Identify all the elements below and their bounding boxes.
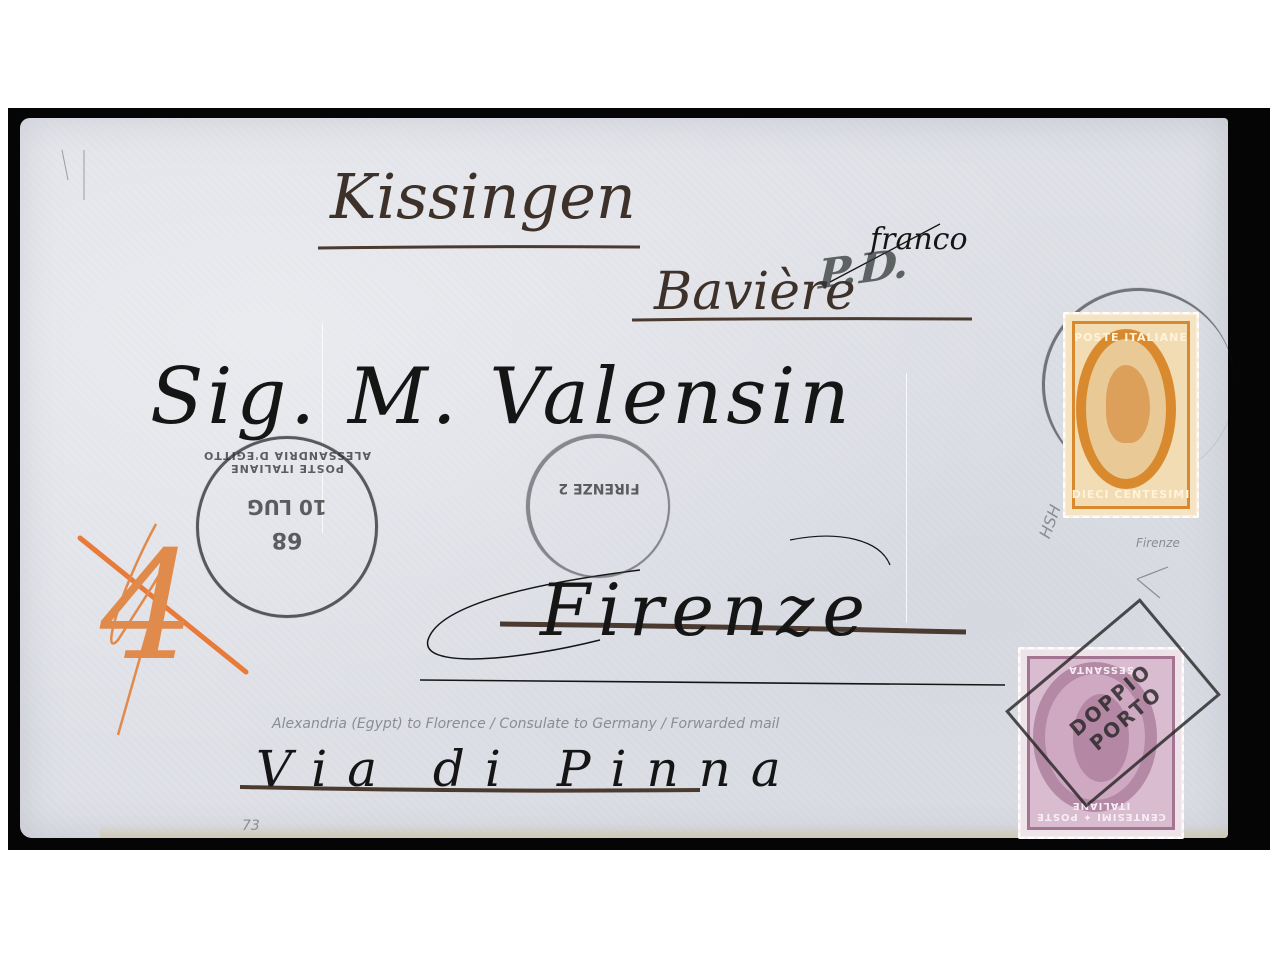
original-city-firenze: Firenze [540,568,873,652]
orange-10c-stamp: POSTE ITALIANE DIECI CENTESIMI [1063,312,1199,518]
crayon-mark: 4 [100,520,195,694]
stamp-legend-bottom: CENTESIMI ✦ POSTE ITALIANE [1021,800,1181,822]
stamp-legend-bottom: DIECI CENTESIMI [1066,488,1196,501]
postmark-date: 10 LUG [199,495,375,519]
transit-postmark: FIRENZE 2 [526,434,670,578]
pencil-firenze-note: Firenze [1136,536,1180,550]
original-street: Via di Pinna [256,740,801,798]
pencil-corner-73: 73 [242,818,260,834]
postmark-year: 68 [199,527,375,552]
destination-kissingen: Kissingen [330,160,636,233]
fold-crease-right [906,373,907,623]
alexandria-postmark: POSTE ITALIANE ALESSANDRIA D'EGITTO 10 L… [196,436,378,618]
addressee-name: Sig. M. Valensin [150,352,854,442]
pencil-route-description: Alexandria (Egypt) to Florence / Consula… [272,716,779,732]
transit-postmark-text: FIRENZE 2 [530,480,668,496]
stamp-legend-top: POSTE ITALIANE [1066,331,1196,344]
postmark-ring-text: POSTE ITALIANE ALESSANDRIA D'EGITTO [199,449,375,475]
